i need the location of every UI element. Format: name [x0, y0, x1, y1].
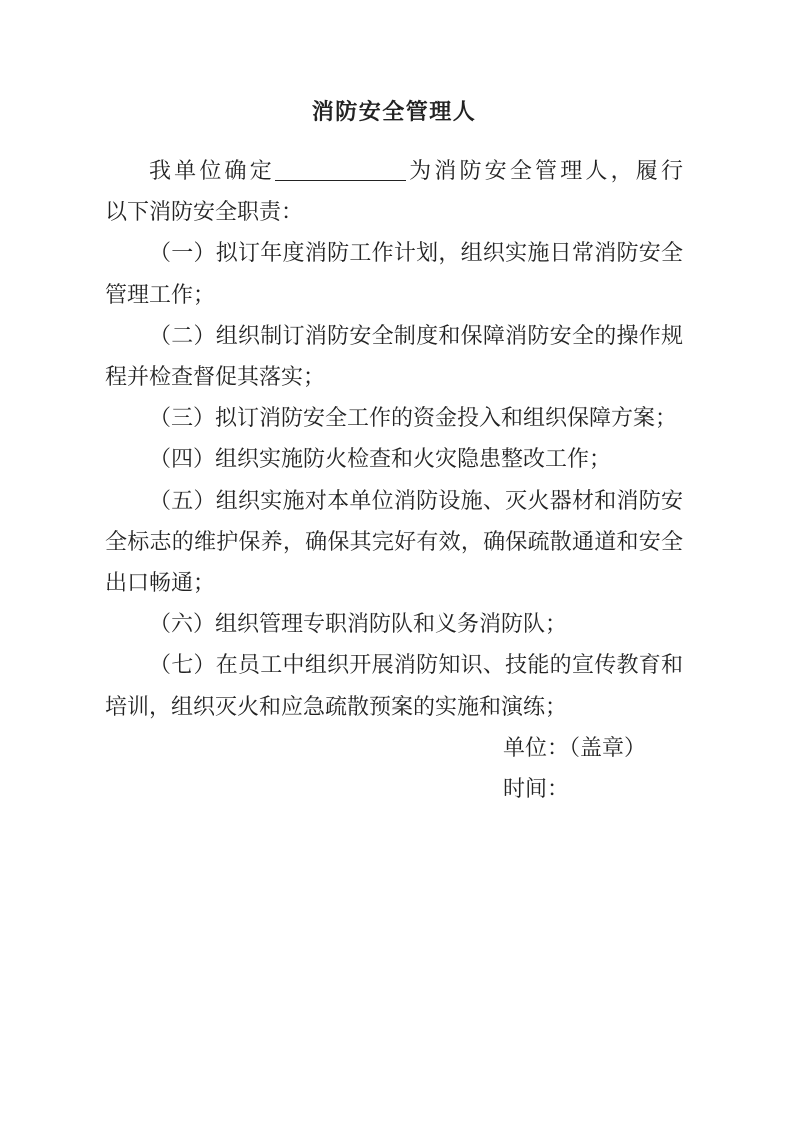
duty-paragraph-5: （五）组织实施对本单位消防设施、灭火器材和消防安全标志的维护保养，确保其完好有效…: [105, 480, 683, 604]
duty-paragraph-3: （三）拟订消防安全工作的资金投入和组织保障方案；: [105, 397, 683, 438]
intro-paragraph-line2: 以下消防安全职责：: [105, 191, 683, 232]
intro-text-after-blank: 为消防安全管理人，履行: [406, 158, 683, 183]
document-title: 消防安全管理人: [105, 91, 683, 132]
duty-paragraph-7: （七）在员工中组织开展消防知识、技能的宣传教育和培训，组织灭火和应急疏散预案的实…: [105, 644, 683, 726]
document-page: 消防安全管理人 我单位确定为消防安全管理人，履行 以下消防安全职责： （一）拟订…: [0, 0, 793, 1122]
duty-paragraph-2: （二）组织制订消防安全制度和保障消防安全的操作规程并检查督促其落实；: [105, 315, 683, 397]
duty-paragraph-4: （四）组织实施防火检查和火灾隐患整改工作；: [105, 438, 683, 479]
signature-time-line: 时间：: [105, 768, 683, 809]
blank-underline-field: [275, 158, 406, 181]
intro-text-before-blank: 我单位确定: [149, 158, 275, 183]
duty-paragraph-1: （一）拟订年度消防工作计划，组织实施日常消防安全管理工作；: [105, 232, 683, 314]
duty-paragraph-6: （六）组织管理专职消防队和义务消防队；: [105, 603, 683, 644]
signature-unit-line: 单位：（盖章）: [105, 727, 683, 768]
intro-paragraph-line1: 我单位确定为消防安全管理人，履行: [105, 150, 683, 191]
